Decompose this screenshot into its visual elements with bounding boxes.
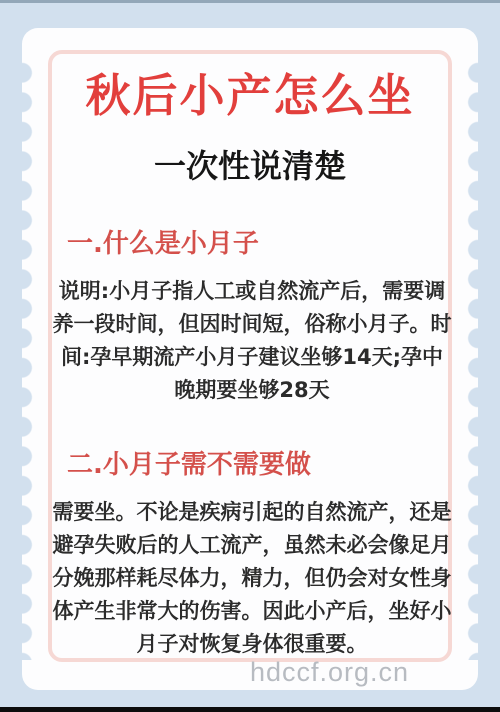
page-title: 秋后小产怎么坐 — [52, 70, 448, 122]
watermark: hdccf.org.cn — [250, 657, 409, 688]
bottom-edge-strip — [0, 707, 500, 712]
stamp-scallop-right-edge — [467, 58, 478, 660]
pink-border-frame: 秋后小产怎么坐 一次性说清楚 一.什么是小月子 说明:小月子指人工或自然流产后，… — [48, 50, 452, 662]
top-edge-strip — [0, 0, 500, 3]
section-1-body: 说明:小月子指人工或自然流产后，需要调养一段时间，但因时间短，俗称小月子。时间:… — [52, 275, 452, 407]
infographic-page: 秋后小产怎么坐 一次性说清楚 一.什么是小月子 说明:小月子指人工或自然流产后，… — [0, 0, 500, 712]
section-2-heading: 二.小月子需不需要做 — [67, 449, 448, 481]
content-card: 秋后小产怎么坐 一次性说清楚 一.什么是小月子 说明:小月子指人工或自然流产后，… — [22, 28, 478, 690]
page-subtitle: 一次性说清楚 — [52, 146, 448, 186]
section-is-confinement-needed: 二.小月子需不需要做 需要坐。不论是疾病引起的自然流产，还是避孕失败后的人工流产… — [52, 449, 448, 661]
section-2-body: 需要坐。不论是疾病引起的自然流产，还是避孕失败后的人工流产，虽然未必会像足月分娩… — [52, 496, 452, 661]
stamp-scallop-left-edge — [22, 58, 33, 660]
section-1-heading: 一.什么是小月子 — [67, 228, 448, 260]
section-what-is-confinement: 一.什么是小月子 说明:小月子指人工或自然流产后，需要调养一段时间，但因时间短，… — [52, 228, 448, 407]
